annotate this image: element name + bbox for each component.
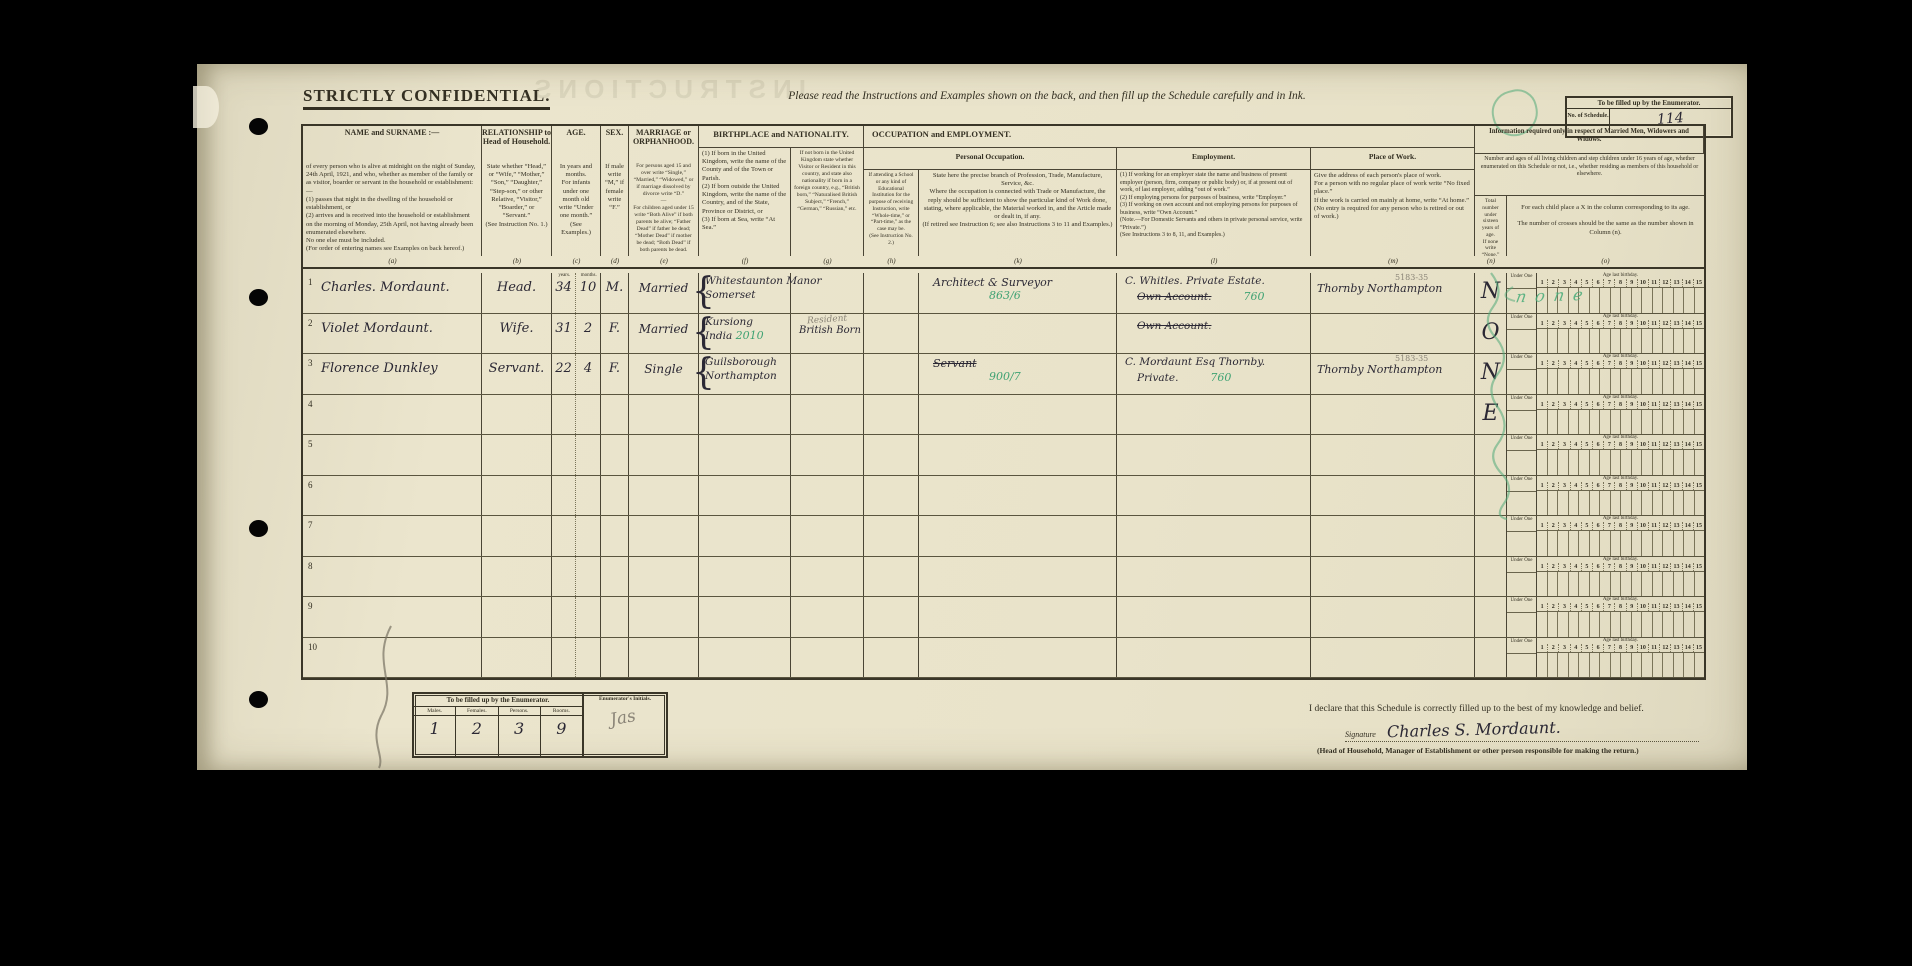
cell-name xyxy=(315,597,321,604)
col-header-marriage: MARRIAGE or ORPHANHOOD. xyxy=(629,126,699,161)
subheader-employment: Employment. xyxy=(1117,148,1311,170)
employment-code xyxy=(1211,319,1239,332)
cell-name xyxy=(315,395,321,402)
employment-code xyxy=(1137,521,1165,534)
confidential-heading: STRICTLY CONFIDENTIAL. xyxy=(303,86,550,110)
group-header-birthplace: BIRTHPLACE and NATIONALITY. xyxy=(699,126,864,148)
cell-place-of-work: Thornby Northampton xyxy=(1311,282,1474,295)
cell-school xyxy=(864,314,919,354)
col-header-relationship: RELATIONSHIP to Head of Household. xyxy=(482,126,552,161)
cell-birthplace xyxy=(699,395,790,397)
cell-name: Florence Dunkley xyxy=(315,354,438,376)
col-desc-employment: (1) If working for an employer state the… xyxy=(1117,170,1311,256)
cell-employment-line1 xyxy=(1117,638,1310,640)
cell-total-children xyxy=(1475,476,1506,482)
cell-employment-line2: Own Account. xyxy=(1117,320,1211,332)
col-desc-sex: If male write “M,” if female write “F.” xyxy=(601,161,629,256)
row-number: 1 xyxy=(305,275,313,287)
cell-total-children: O xyxy=(1475,314,1506,345)
cell-employment-line1 xyxy=(1117,516,1310,518)
summary-box-headers: Males.Females.Persons.Rooms. xyxy=(414,707,582,716)
place-of-work-code: 5183-35 xyxy=(1311,273,1474,282)
cell-sex xyxy=(601,597,628,604)
column-letter-row: (a) (b) (c) (d) (e) (f) (g) (h) (k) (l) … xyxy=(303,256,1704,269)
cell-sex xyxy=(601,395,628,402)
cell-age-months: 2 xyxy=(576,314,600,336)
employment-code xyxy=(1137,440,1165,453)
employment-code xyxy=(1137,643,1165,656)
col-desc-total-children: Total number under sixteen years of age.… xyxy=(1475,196,1507,256)
group-header-married: Information required only in respect of … xyxy=(1475,126,1704,154)
cell-birthplace xyxy=(699,476,790,478)
brace-mark: { xyxy=(692,271,715,312)
row-number: 5 xyxy=(305,437,313,449)
cell-age-months xyxy=(576,476,600,483)
cell-age-years xyxy=(552,395,575,402)
table-row: 4 { xyxy=(303,395,1704,436)
col-desc-occupation: State here the precise branch of Profess… xyxy=(919,170,1117,256)
cell-occupation: Servant xyxy=(919,354,1116,370)
summary-box-values: 1239 xyxy=(414,716,582,756)
cell-sex: M. xyxy=(601,273,628,295)
fill-instruction: Please read the Instructions and Example… xyxy=(677,90,1417,102)
cell-employment-line1 xyxy=(1117,597,1310,599)
cell-age-years: 22 xyxy=(552,354,575,376)
cell-relationship xyxy=(482,597,551,604)
cell-age-years xyxy=(552,516,575,523)
cell-occupation xyxy=(919,638,1116,641)
cell-relationship: Head. xyxy=(482,273,551,295)
cell-school xyxy=(864,354,919,394)
cell-occupation xyxy=(919,597,1116,600)
cell-name xyxy=(315,435,321,442)
row-number: 6 xyxy=(305,478,313,490)
cell-school xyxy=(864,273,919,313)
cell-occupation xyxy=(919,476,1116,479)
cell-occupation xyxy=(919,314,1116,317)
cell-total-children: N xyxy=(1475,273,1506,304)
cell-age-months xyxy=(576,435,600,442)
employment-code xyxy=(1137,562,1165,575)
cell-marriage xyxy=(629,435,698,443)
cell-age-years xyxy=(552,435,575,442)
table-row: 8 { xyxy=(303,557,1704,598)
cell-school xyxy=(864,476,919,516)
cell-children-age-grid: Under One Age last birthday. 12345678910… xyxy=(1507,395,1704,435)
employment-code xyxy=(1137,602,1165,615)
cell-occupation: Architect & Surveyor xyxy=(919,273,1116,289)
table-row: 2 Violet Mordaunt. Wife. 31 2 F. Married… xyxy=(303,314,1704,355)
col-desc-birthplace: (1) If born in the United Kingdom, write… xyxy=(699,148,791,256)
cell-children-age-grid: Under One Age last birthday. 12345678910… xyxy=(1507,314,1704,354)
cell-marriage: Married xyxy=(629,273,698,295)
punch-hole xyxy=(249,289,268,306)
signature-label: Signature xyxy=(1345,730,1376,739)
row-number: 9 xyxy=(305,599,313,611)
cell-marriage xyxy=(629,557,698,565)
cell-sex: F. xyxy=(601,354,628,376)
cell-marriage xyxy=(629,638,698,646)
enumerator-summary-box: To be filled up by the Enumerator. Males… xyxy=(412,692,668,758)
cell-marriage xyxy=(629,597,698,605)
place-of-work-code: 5183-35 xyxy=(1311,354,1474,363)
table-row: 6 { xyxy=(303,476,1704,517)
occupation-code: 900/7 xyxy=(919,370,1116,383)
table-row: 5 { xyxy=(303,435,1704,476)
table-row: 10 { xyxy=(303,638,1704,679)
cell-sex xyxy=(601,638,628,645)
punch-hole xyxy=(249,118,268,135)
occupation-code: 863/6 xyxy=(919,289,1116,302)
cell-children-age-grid: Under One Age last birthday. 12345678910… xyxy=(1507,557,1704,597)
cell-age-months xyxy=(576,597,600,604)
cell-name: Violet Mordaunt. xyxy=(315,314,433,336)
cell-marriage xyxy=(629,476,698,484)
row-number: 3 xyxy=(305,356,313,368)
torn-paper-edge xyxy=(193,86,219,128)
cell-school xyxy=(864,557,919,597)
col-desc-place-of-work: Give the address of each person's place … xyxy=(1311,170,1475,256)
table-row: 3 Florence Dunkley Servant. 22 4 F. Sing… xyxy=(303,354,1704,395)
employment-code: 760 xyxy=(1182,371,1231,384)
col-desc-age: In years and months. For infants under o… xyxy=(552,161,601,256)
group-header-occupation: OCCUPATION and EMPLOYMENT. xyxy=(864,126,1475,148)
cell-total-children xyxy=(1475,557,1506,563)
punch-hole xyxy=(249,520,268,537)
col-desc-relationship: State whether “Head,” or “Wife,” “Mother… xyxy=(482,161,552,256)
declaration-text: I declare that this Schedule is correctl… xyxy=(1309,704,1729,714)
cell-age-years xyxy=(552,638,575,645)
row-number: 4 xyxy=(305,397,313,409)
cell-total-children xyxy=(1475,638,1506,644)
col-desc-children-ages: For each child place a X in the column c… xyxy=(1507,196,1704,256)
cell-children-age-grid: Under One Age last birthday. 12345678910… xyxy=(1507,354,1704,394)
employment-code xyxy=(1137,400,1165,413)
cell-children-age-grid: Under One Age last birthday. 12345678910… xyxy=(1507,597,1704,637)
row-number: 7 xyxy=(305,518,313,530)
cell-employment-line2: Own Account. xyxy=(1117,291,1211,303)
cell-age-years: 31 xyxy=(552,314,575,336)
cell-age-months xyxy=(576,638,600,645)
cell-age-months xyxy=(576,516,600,523)
subheader-personal-occupation: Personal Occupation. xyxy=(864,148,1117,170)
cell-marriage xyxy=(629,516,698,524)
signature-note: (Head of Household, Manager of Establish… xyxy=(1317,746,1737,755)
cell-name xyxy=(315,638,321,645)
cell-relationship xyxy=(482,638,551,645)
table-row: 7 { xyxy=(303,516,1704,557)
cell-relationship xyxy=(482,557,551,564)
summary-box-title: To be filled up by the Enumerator. xyxy=(414,694,582,707)
employment-code xyxy=(1137,481,1165,494)
col-desc-name: of every person who is alive at midnight… xyxy=(303,161,482,256)
table-rows: 1 Charles. Mordaunt. Head. 34 10 M. Marr… xyxy=(303,273,1704,678)
screenshot-root: { "page": {"background": "#000000", "pap… xyxy=(0,0,1912,966)
cell-total-children: N xyxy=(1475,354,1506,385)
cell-relationship xyxy=(482,476,551,483)
cell-place-of-work: Thornby Northampton xyxy=(1311,363,1474,376)
cell-school xyxy=(864,435,919,475)
cell-employment-line1 xyxy=(1117,557,1310,559)
cell-total-children xyxy=(1475,435,1506,441)
cell-children-age-grid: Under One Age last birthday. 12345678910… xyxy=(1507,476,1704,516)
cell-nationality-note xyxy=(791,270,863,276)
table-row: 9 { xyxy=(303,597,1704,638)
col-header-name: NAME and SURNAME :— xyxy=(303,126,482,161)
cell-birthplace xyxy=(699,516,790,518)
cell-occupation xyxy=(919,435,1116,438)
cell-occupation xyxy=(919,516,1116,519)
cell-total-children: E xyxy=(1475,395,1506,426)
cell-employment-line1: C. Mordaunt Esq Thornby. xyxy=(1117,354,1310,368)
cell-employment-line1: C. Whitles. Private Estate. xyxy=(1117,273,1310,287)
cell-occupation xyxy=(919,557,1116,560)
enumerator-initials: Jas xyxy=(580,697,670,762)
cell-relationship xyxy=(482,395,551,402)
col-header-age: AGE. xyxy=(552,126,601,161)
cell-name: Charles. Mordaunt. xyxy=(315,273,450,295)
cell-marriage xyxy=(629,395,698,403)
col-desc-nationality: If not born in the United Kingdom state … xyxy=(791,148,864,256)
cell-school xyxy=(864,516,919,556)
cell-occupation xyxy=(919,395,1116,398)
cell-total-children xyxy=(1475,516,1506,522)
cell-age-years xyxy=(552,557,575,564)
row-number: 8 xyxy=(305,559,313,571)
table-row: 1 Charles. Mordaunt. Head. 34 10 M. Marr… xyxy=(303,273,1704,314)
cell-relationship: Wife. xyxy=(482,314,551,336)
col-desc-school: If attending a School or any kind of Edu… xyxy=(864,170,919,256)
cell-birthplace xyxy=(699,638,790,640)
row-number: 2 xyxy=(305,316,313,328)
cell-age-months xyxy=(576,557,600,564)
cell-sex: F. xyxy=(601,314,628,336)
cell-age-years xyxy=(552,476,575,483)
cell-employment-line1 xyxy=(1117,435,1310,437)
cell-sex xyxy=(601,435,628,442)
cell-age-months: 4 xyxy=(576,354,600,376)
cell-sex xyxy=(601,557,628,564)
cell-children-age-grid: Under One Age last birthday. 12345678910… xyxy=(1507,435,1704,475)
cell-children-age-grid: Under One Age last birthday. 12345678910… xyxy=(1507,516,1704,556)
cell-employment-line1 xyxy=(1117,476,1310,478)
cell-school xyxy=(864,597,919,637)
cell-school xyxy=(864,638,919,678)
cell-marriage: Single xyxy=(629,354,698,376)
cell-children-age-grid: Under One Age last birthday. 12345678910… xyxy=(1507,638,1704,678)
punch-hole xyxy=(249,691,268,708)
cell-age-years xyxy=(552,597,575,604)
brace-mark: { xyxy=(692,352,715,393)
brace-mark: { xyxy=(692,312,715,353)
cell-name xyxy=(315,557,321,564)
employment-code: 760 xyxy=(1215,290,1264,303)
cell-sex xyxy=(601,516,628,523)
subheader-place-of-work: Place of Work. xyxy=(1311,148,1475,170)
census-table: NAME and SURNAME :— of every person who … xyxy=(301,124,1706,680)
cell-birthplace xyxy=(699,557,790,559)
col-header-sex: SEX. xyxy=(601,126,629,161)
cell-birthplace xyxy=(699,435,790,437)
cell-sex xyxy=(601,476,628,483)
cell-relationship xyxy=(482,516,551,523)
cell-school xyxy=(864,395,919,435)
cell-name xyxy=(315,476,321,483)
cell-relationship: Servant. xyxy=(482,354,551,376)
cell-employment-line1 xyxy=(1117,314,1310,316)
cell-marriage: Married xyxy=(629,314,698,336)
cell-employment-line1 xyxy=(1117,395,1310,397)
cell-age-months xyxy=(576,395,600,402)
cell-relationship xyxy=(482,435,551,442)
group-para-married: Number and ages of all living children a… xyxy=(1475,154,1704,196)
cell-total-children xyxy=(1475,597,1506,603)
cell-name xyxy=(315,516,321,523)
cell-birthplace xyxy=(699,597,790,599)
cell-employment-line2: Private. xyxy=(1117,372,1178,384)
census-schedule-document: INSTRUCTIONS STRICTLY CONFIDENTIAL. Plea… xyxy=(197,64,1747,770)
signature-value: Charles S. Mordaunt. xyxy=(1387,718,1561,742)
years-months-microlabels: years.months. xyxy=(552,273,601,278)
col-desc-marriage: For persons aged 15 and over write “Sing… xyxy=(629,161,699,256)
